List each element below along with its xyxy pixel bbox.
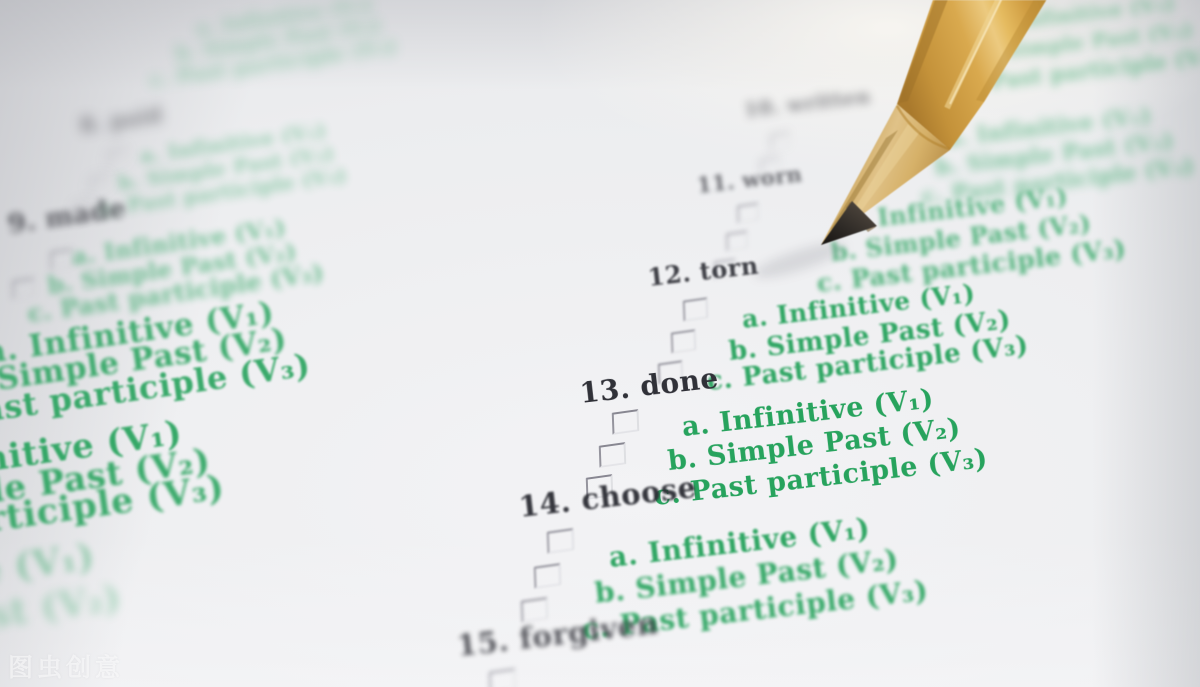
photo-quiz-paper: a. Infinitive (V₁) b. Simple Past (V₂) c…	[0, 0, 1200, 687]
watermark: 图虫创意	[8, 648, 124, 684]
pencil-shadow	[751, 236, 848, 285]
pencil	[0, 0, 1200, 687]
